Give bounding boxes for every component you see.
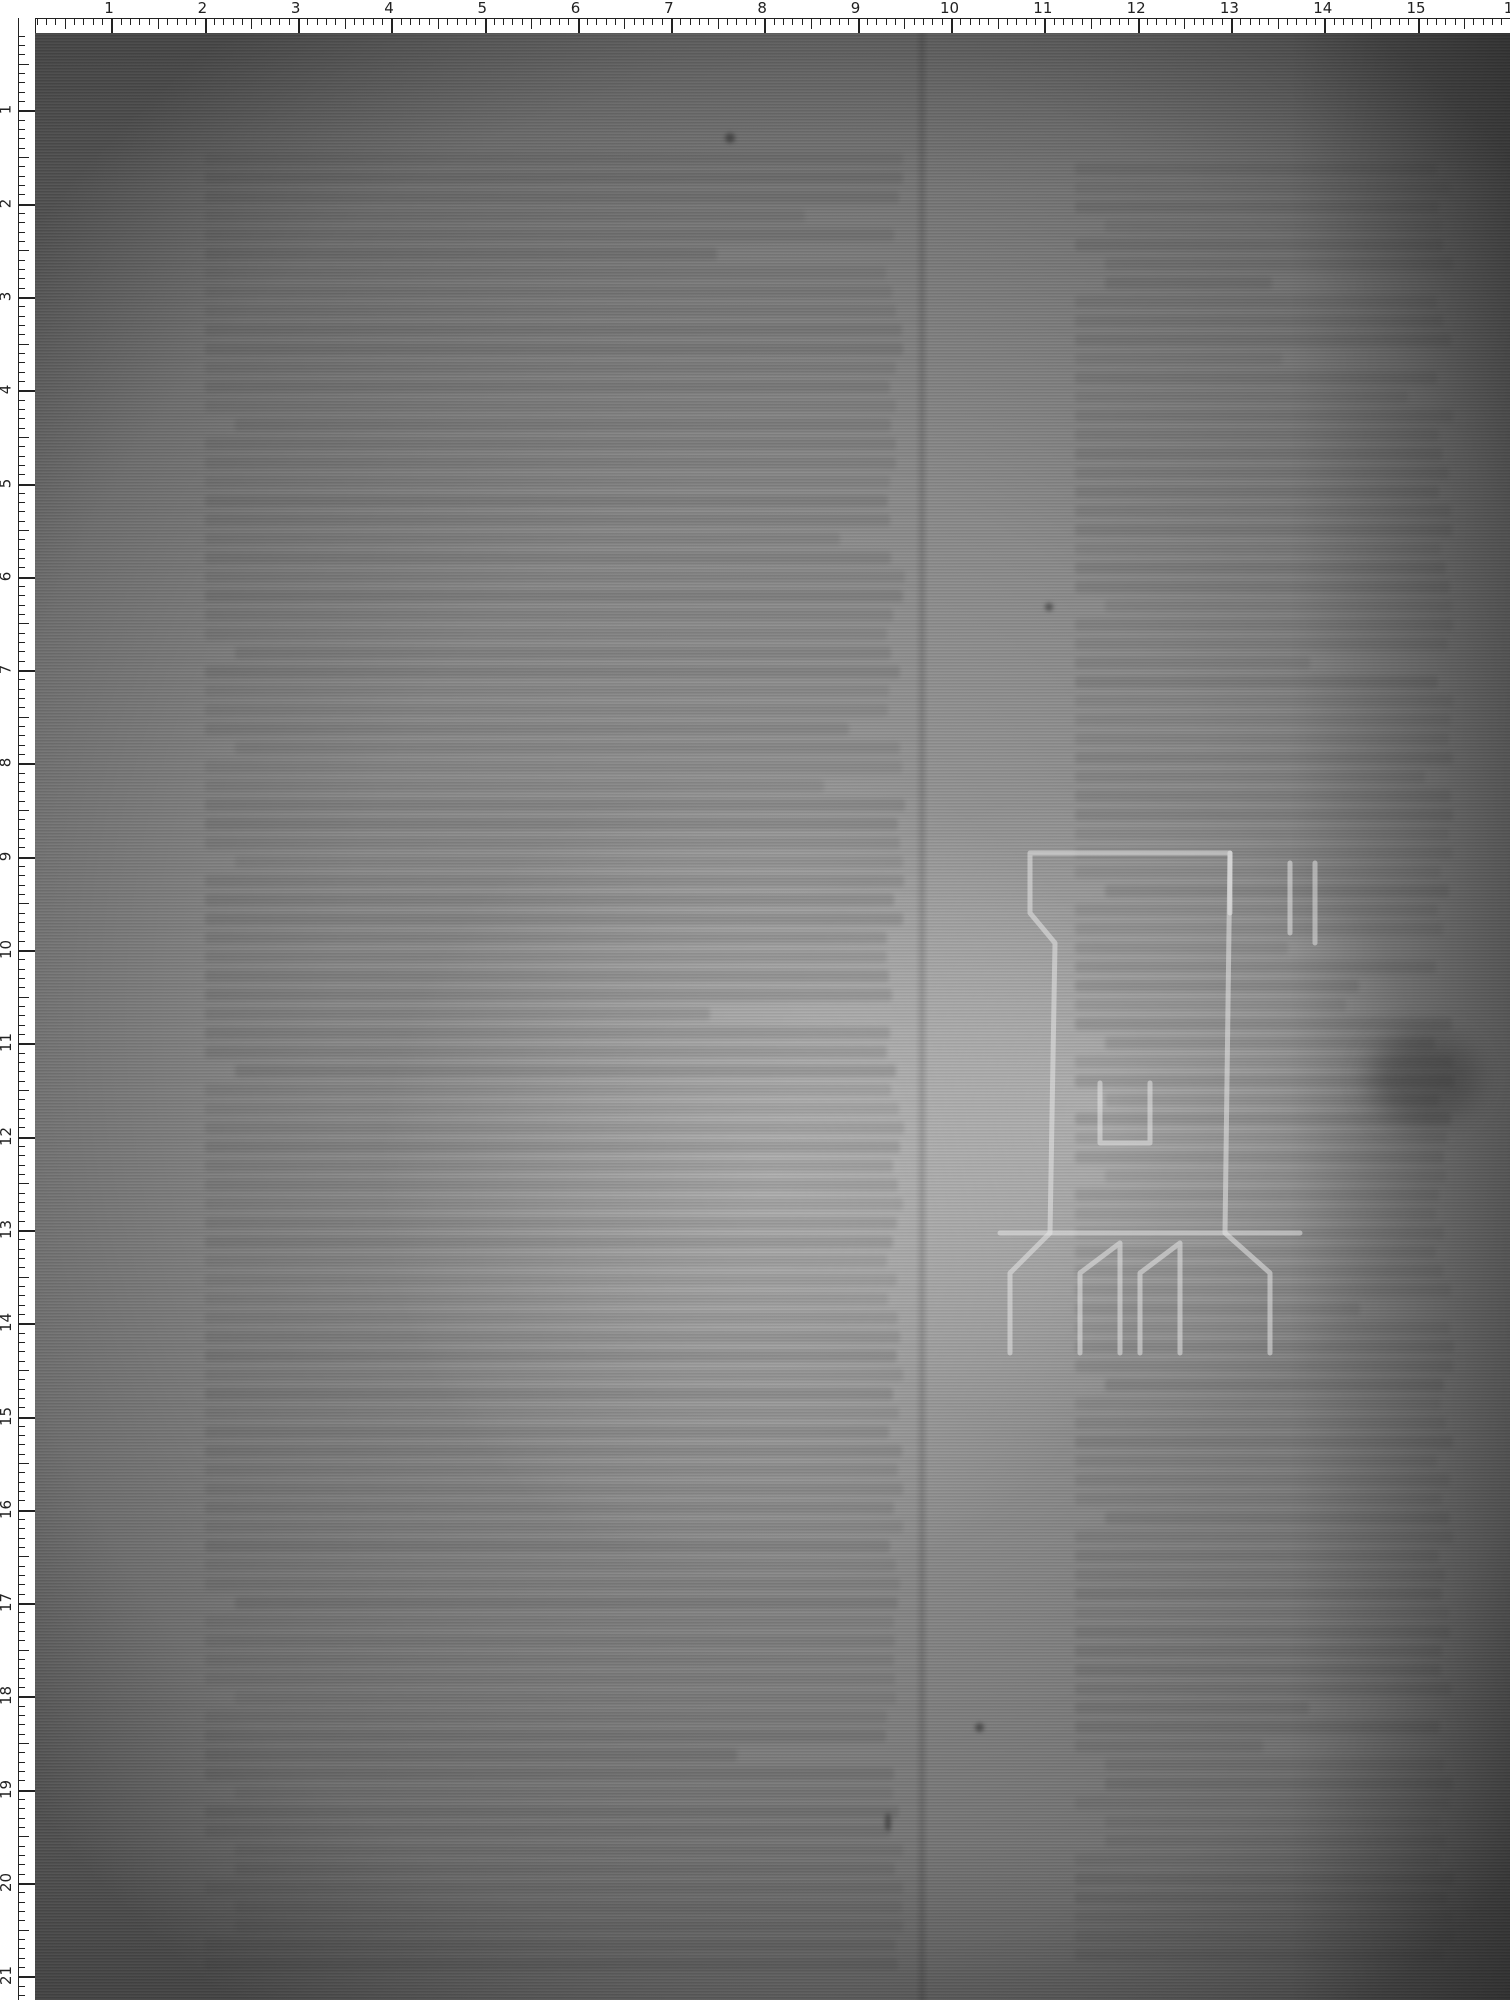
- ruler-tick: [1418, 19, 1420, 34]
- illegible-text-line: [1075, 1018, 1452, 1030]
- ruler-tick: [19, 1939, 25, 1940]
- ruler-tick: [19, 885, 25, 886]
- ruler-tick: [19, 92, 25, 93]
- ruler-tick: [559, 19, 560, 25]
- ruler-tick: [19, 1463, 29, 1464]
- illegible-text-line: [205, 438, 896, 450]
- illegible-text-line: [205, 153, 903, 165]
- ruler-tick: [606, 19, 607, 25]
- ruler-tick: [727, 19, 728, 25]
- ruler-tick: [19, 334, 25, 335]
- illegible-text-line: [205, 1768, 894, 1780]
- illegible-text-line: [1075, 163, 1437, 175]
- ruler-tick: [19, 1389, 25, 1390]
- ruler-tick: [699, 19, 700, 25]
- ruler-label: 3: [0, 292, 13, 302]
- illegible-text-line: [1075, 182, 1450, 194]
- illegible-text-line: [205, 1122, 904, 1134]
- illegible-text-line: [1075, 1664, 1441, 1676]
- illegible-text-line: [205, 913, 903, 925]
- ruler-tick: [1100, 19, 1101, 25]
- illegible-text-line: [1075, 1360, 1453, 1372]
- illegible-text-line: [205, 1331, 900, 1343]
- ruler-tick: [19, 1687, 25, 1688]
- ruler-tick: [19, 1183, 29, 1184]
- illegible-text-line: [235, 1692, 896, 1704]
- ruler-label: 7: [0, 665, 13, 675]
- illegible-text-line: [205, 248, 717, 260]
- ruler-tick: [19, 36, 25, 37]
- ruler-tick: [19, 1127, 25, 1128]
- illegible-text-line: [205, 1806, 899, 1818]
- ruler-tick: [19, 922, 25, 923]
- ruler-tick: [19, 82, 25, 83]
- illegible-text-line: [205, 1084, 891, 1096]
- illegible-text-line: [1105, 277, 1272, 289]
- column-fold-shadow: [915, 33, 929, 2000]
- ruler-tick: [19, 661, 25, 662]
- ruler-label: 11: [0, 1033, 14, 1052]
- illegible-text-line: [1075, 638, 1448, 650]
- illegible-text-line: [205, 590, 903, 602]
- illegible-text-line: [1075, 543, 1441, 555]
- ruler-tick: [1231, 19, 1233, 34]
- ruler-tick: [19, 1444, 25, 1445]
- ruler-tick: [270, 19, 271, 25]
- ruler-tick: [1343, 19, 1344, 25]
- illegible-text-line: [1105, 1816, 1440, 1828]
- ink-spot: [1045, 603, 1053, 611]
- ruler-tick: [19, 1230, 35, 1232]
- ruler-tick: [289, 19, 290, 25]
- ruler-tick: [19, 1146, 25, 1147]
- ruler-tick: [19, 530, 29, 531]
- ruler-tick: [19, 651, 25, 652]
- ruler-tick: [19, 1351, 25, 1352]
- ruler-tick: [19, 1790, 35, 1792]
- ruler-tick: [1212, 19, 1213, 25]
- illegible-text-line: [1075, 1607, 1449, 1619]
- ruler-tick: [19, 1902, 25, 1903]
- ruler-tick: [531, 19, 532, 29]
- ruler-tick: [1026, 19, 1027, 25]
- ruler-tick: [19, 437, 29, 438]
- ruler-tick: [19, 633, 25, 634]
- ruler-tick: [1390, 19, 1391, 25]
- illegible-text-line: [1075, 1189, 1439, 1201]
- illegible-text-line: [1105, 1512, 1450, 1524]
- illegible-text-line: [205, 628, 887, 640]
- ruler-label: 20: [0, 1873, 14, 1892]
- ruler-tick: [783, 19, 784, 25]
- ruler-tick: [19, 204, 35, 206]
- illegible-text-line: [205, 951, 887, 963]
- illegible-text-line: [205, 1958, 898, 1970]
- ruler-tick: [466, 19, 467, 25]
- illegible-text-line: [205, 210, 805, 222]
- ruler-tick: [19, 1566, 25, 1567]
- illegible-text-line: [205, 1160, 893, 1172]
- illegible-text-line: [1075, 771, 1425, 783]
- ruler-tick: [19, 1043, 35, 1045]
- ruler-tick: [19, 1118, 25, 1119]
- ruler-tick: [1464, 19, 1465, 29]
- ruler-tick: [19, 1762, 25, 1763]
- ruler-tick: [19, 129, 25, 130]
- ruler-tick: [19, 213, 25, 214]
- ruler-tick: [19, 1202, 25, 1203]
- ruler-tick: [19, 1305, 25, 1306]
- ruler-tick: [19, 73, 25, 74]
- illegible-text-line: [1075, 1322, 1450, 1334]
- ruler-tick: [19, 288, 25, 289]
- ruler-tick: [83, 19, 84, 25]
- illegible-text-line: [1075, 1455, 1437, 1467]
- illegible-text-line: [1075, 1246, 1436, 1258]
- ruler-label: 15: [1407, 1, 1426, 16]
- illegible-text-line: [205, 1749, 737, 1761]
- ruler-tick: [1380, 19, 1381, 25]
- ruler-tick: [624, 19, 625, 29]
- illegible-text-line: [1075, 353, 1282, 365]
- top-ruler: 01234567891011121314151: [0, 0, 1510, 34]
- ruler-label: 6: [0, 572, 13, 582]
- illegible-text-line: [205, 1369, 903, 1381]
- illegible-text-line: [205, 875, 904, 887]
- ruler-tick: [429, 19, 430, 25]
- ruler-tick: [19, 1799, 25, 1800]
- ruler-tick: [457, 19, 458, 25]
- ruler-tick: [19, 1920, 25, 1921]
- illegible-text-line: [1075, 467, 1449, 479]
- illegible-text-line: [1075, 1493, 1442, 1505]
- ruler-label: 2: [198, 1, 208, 16]
- ink-spot: [885, 1813, 891, 1831]
- ruler-tick: [19, 1846, 25, 1847]
- ruler-tick: [19, 773, 25, 774]
- ruler-tick: [522, 19, 523, 25]
- ruler-tick: [1184, 19, 1185, 29]
- illegible-text-line: [1075, 1417, 1446, 1429]
- ruler-tick: [19, 623, 29, 624]
- ruler-tick: [19, 1333, 25, 1334]
- ruler-tick: [261, 19, 262, 25]
- ruler-tick: [111, 19, 113, 34]
- ruler-label: 19: [0, 1780, 14, 1799]
- illegible-text-line: [235, 742, 900, 754]
- ruler-tick: [74, 19, 75, 25]
- ruler-tick: [19, 1165, 25, 1166]
- ruler-label: 1: [104, 1, 114, 16]
- ruler-label: 6: [571, 1, 581, 16]
- left-ruler: 123456789101112131415161718192021: [0, 0, 36, 2000]
- ruler-tick: [1194, 19, 1195, 25]
- illegible-text-line: [205, 1312, 898, 1324]
- illegible-text-line: [205, 1673, 895, 1685]
- illegible-text-line: [1075, 1531, 1453, 1543]
- ruler-tick: [19, 1612, 25, 1613]
- ruler-tick: [19, 595, 25, 596]
- ruler-tick: [19, 1911, 25, 1912]
- ruler-tick: [19, 549, 25, 550]
- ruler-label: 1: [0, 105, 13, 115]
- ruler-tick: [19, 969, 25, 970]
- ruler-tick: [1483, 19, 1484, 25]
- ink-spot: [725, 133, 735, 143]
- illegible-text-line: [205, 1825, 891, 1837]
- illegible-text-line: [1075, 847, 1452, 859]
- ruler-tick: [19, 176, 25, 177]
- ruler-tick: [19, 801, 25, 802]
- ruler-label: 4: [0, 385, 13, 395]
- ruler-tick: [1091, 19, 1092, 29]
- ruler-tick: [19, 1099, 25, 1100]
- ruler-tick: [19, 959, 25, 960]
- ruler-tick: [1054, 19, 1055, 25]
- ruler-tick: [19, 493, 25, 494]
- ruler-tick: [19, 1547, 25, 1548]
- ruler-tick: [568, 19, 569, 25]
- ruler-label: 12: [0, 1127, 14, 1146]
- ruler-tick: [1436, 19, 1437, 25]
- ruler-tick: [19, 325, 25, 326]
- ruler-tick: [1072, 19, 1073, 25]
- ruler-tick: [19, 166, 25, 167]
- illegible-text-line: [205, 799, 905, 811]
- ruler-label: 13: [1220, 1, 1239, 16]
- ruler-tick: [811, 19, 812, 29]
- ruler-tick: [177, 19, 178, 25]
- ruler-tick: [615, 19, 616, 25]
- ruler-tick: [503, 19, 504, 25]
- ruler-tick: [354, 19, 355, 25]
- illegible-text-line: [205, 818, 898, 830]
- ruler-tick: [19, 707, 25, 708]
- ruler-tick: [820, 19, 821, 25]
- illegible-text-line: [205, 305, 896, 317]
- ruler-tick: [1063, 19, 1064, 25]
- ruler-tick: [19, 1323, 35, 1325]
- illegible-text-line: [205, 666, 900, 678]
- ruler-tick: [19, 1724, 25, 1725]
- ruler-tick: [19, 1454, 25, 1455]
- ruler-tick: [19, 1659, 25, 1660]
- illegible-text-line: [1075, 733, 1449, 745]
- ruler-tick: [19, 1650, 29, 1651]
- ruler-tick: [19, 1603, 35, 1605]
- ruler-tick: [904, 19, 905, 29]
- ruler-tick: [1175, 19, 1176, 25]
- ruler-tick: [65, 19, 66, 29]
- illegible-text-line: [205, 495, 888, 507]
- illegible-text-line: [1075, 410, 1453, 422]
- ruler-tick: [19, 1986, 25, 1987]
- ruler-tick: [19, 997, 29, 998]
- illegible-text-line: [1075, 1911, 1453, 1923]
- ruler-tick: [643, 19, 644, 25]
- ruler-tick: [1259, 19, 1260, 25]
- illegible-text-line: [205, 1293, 888, 1305]
- ruler-label: 3: [291, 1, 301, 16]
- ruler-tick: [19, 1370, 29, 1371]
- ruler-tick: [1399, 19, 1400, 25]
- ruler-tick: [223, 19, 224, 25]
- illegible-text-line: [1075, 1550, 1439, 1562]
- ruler-tick: [1035, 19, 1036, 25]
- ruler-tick: [923, 19, 924, 25]
- ruler-tick: [19, 1053, 25, 1054]
- illegible-text-line: [205, 381, 890, 393]
- ruler-tick: [19, 586, 25, 587]
- illegible-text-line: [205, 1616, 894, 1628]
- illegible-text-line: [1075, 1702, 1309, 1714]
- ruler-tick: [19, 474, 25, 475]
- illegible-text-line: [235, 1065, 896, 1077]
- ruler-tick: [19, 1267, 25, 1268]
- ruler-tick: [1156, 19, 1157, 25]
- ruler-tick: [19, 1874, 25, 1875]
- illegible-text-line: [205, 552, 891, 564]
- ruler-tick: [19, 1211, 25, 1212]
- ruler-tick: [19, 1827, 25, 1828]
- ruler-tick: [401, 19, 402, 25]
- ruler-tick: [19, 456, 25, 457]
- ruler-label: 10: [940, 1, 959, 16]
- ruler-tick: [19, 1948, 25, 1949]
- ruler-tick: [19, 1295, 25, 1296]
- ruler-tick: [19, 1995, 25, 1996]
- ruler-tick: [690, 19, 691, 25]
- ruler-tick: [746, 19, 747, 25]
- ruler-tick: [19, 1752, 25, 1753]
- illegible-text-line: [205, 1008, 710, 1020]
- ruler-tick: [19, 1342, 25, 1343]
- ruler-tick: [1445, 19, 1446, 25]
- ruler-tick: [19, 120, 25, 121]
- ruler-tick: [19, 847, 25, 848]
- ruler-tick: [37, 19, 38, 25]
- ruler-tick: [419, 19, 420, 25]
- illegible-text-line: [205, 514, 890, 526]
- illegible-text-line: [205, 989, 892, 1001]
- illegible-text-line: [235, 1901, 902, 1913]
- ruler-tick: [540, 19, 541, 25]
- ruler-tick: [55, 19, 56, 25]
- ruler-tick: [19, 698, 25, 699]
- ruler-tick: [19, 1286, 25, 1287]
- ruler-tick: [438, 19, 439, 29]
- ruler-tick: [1492, 19, 1493, 25]
- ruler-tick: [19, 1594, 25, 1595]
- illegible-text-line: [1075, 1645, 1442, 1657]
- ruler-tick: [979, 19, 980, 25]
- ruler-tick: [19, 717, 29, 718]
- ruler-tick: [19, 101, 25, 102]
- ruler-tick: [839, 19, 840, 25]
- ruler-tick: [1371, 19, 1372, 29]
- illegible-text-line: [1075, 372, 1437, 384]
- illegible-text-line: [1075, 999, 1346, 1011]
- ruler-label: 7: [664, 1, 674, 16]
- illegible-text-line: [205, 761, 902, 773]
- ruler-tick: [662, 19, 663, 25]
- illegible-text-line: [1075, 790, 1451, 802]
- ruler-tick: [1119, 19, 1120, 25]
- ruler-tick: [19, 1584, 25, 1585]
- illegible-text-line: [205, 1179, 898, 1191]
- ruler-tick: [19, 1361, 25, 1362]
- ruler-tick: [19, 1892, 25, 1893]
- illegible-text-line: [1075, 1626, 1450, 1638]
- illegible-text-line: [1075, 1227, 1444, 1239]
- ruler-tick: [19, 1855, 25, 1856]
- ruler-tick: [1427, 19, 1428, 25]
- ruler-tick: [19, 931, 25, 932]
- illegible-text-line: [205, 571, 905, 583]
- ruler-tick: [279, 19, 280, 25]
- ruler-tick: [755, 19, 756, 25]
- ruler-label: 5: [0, 478, 13, 488]
- illegible-text-line: [1075, 1398, 1441, 1410]
- ruler-tick: [19, 409, 25, 410]
- ruler-tick: [19, 306, 25, 307]
- ruler-tick: [19, 1528, 25, 1529]
- ruler-tick: [19, 941, 25, 942]
- ruler-label: 8: [757, 1, 767, 16]
- illegible-text-line: [205, 1559, 896, 1571]
- ruler-tick: [494, 19, 495, 25]
- illegible-text-line: [1105, 1778, 1453, 1790]
- illegible-text-line: [1105, 885, 1449, 897]
- ruler-tick: [233, 19, 234, 25]
- ruler-tick: [19, 400, 25, 401]
- ruler-tick: [19, 1668, 25, 1669]
- ruler-tick: [867, 19, 868, 25]
- ruler-tick: [932, 19, 933, 25]
- illegible-text-line: [1075, 296, 1437, 308]
- illegible-text-line: [205, 609, 893, 621]
- illegible-text-line: [1075, 1930, 1453, 1942]
- ruler-tick: [19, 381, 25, 382]
- ruler-tick: [764, 19, 766, 34]
- illegible-text-line: [205, 1730, 886, 1742]
- ruler-tick: [830, 19, 831, 25]
- ruler-tick: [19, 978, 25, 979]
- ruler-tick: [19, 1417, 35, 1419]
- illegible-text-line: [1075, 1721, 1440, 1733]
- ruler-tick: [19, 1258, 25, 1259]
- illegible-text-line: [205, 1236, 893, 1248]
- illegible-text-line: [1075, 1208, 1436, 1220]
- ruler-tick: [475, 19, 476, 25]
- ruler-tick: [671, 19, 673, 34]
- illegible-text-line: [1075, 505, 1451, 517]
- illegible-text-line: [1075, 201, 1439, 213]
- ruler-tick: [19, 829, 25, 830]
- illegible-text-line: [1105, 600, 1452, 612]
- illegible-text-line: [205, 1882, 903, 1894]
- illegible-text-line: [205, 723, 849, 735]
- ruler-tick: [19, 1314, 25, 1315]
- ruler-tick: [19, 465, 25, 466]
- ruler-label: 15: [0, 1406, 14, 1425]
- ruler-tick: [19, 418, 25, 419]
- ruler-tick: [1352, 19, 1353, 25]
- illegible-text-line: [1075, 524, 1452, 536]
- ruler-tick: [167, 19, 168, 25]
- illegible-text-line: [1105, 1037, 1435, 1049]
- ruler-tick: [792, 19, 793, 25]
